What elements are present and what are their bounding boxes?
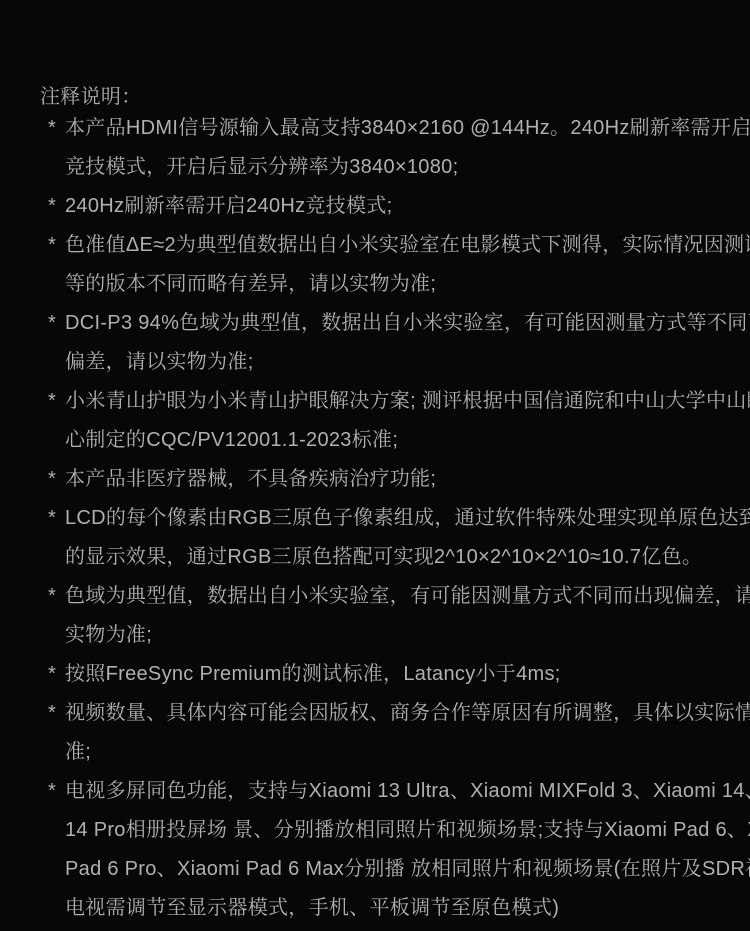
note-line: DCI-P3 94%色域为典型值，数据出自小米实验室，有可能因测量方式等不同而出… [65, 304, 720, 343]
product-notes-section: 注释说明： * 本产品HDMI信号源输入最高支持3840×2160 @144Hz… [0, 0, 750, 931]
note-line: 竞技模式，开启后显示分辨率为3840×1080; [65, 148, 720, 187]
bullet-asterisk: * [40, 694, 65, 733]
note-text: 电视多屏同色功能，支持与Xiaomi 13 Ultra、Xiaomi MIXFo… [65, 772, 720, 928]
note-item-240hz-mode: * 240Hz刷新率需开启240Hz竞技模式; [40, 187, 720, 226]
note-line: 色准值ΔE≈2为典型值数据出自小米实验室在电影模式下测得，实际情况因测试软件 [65, 226, 720, 265]
note-text: 小米青山护眼为小米青山护眼解决方案; 测评根据中国信通院和中山大学中山眼科中 心… [65, 382, 720, 460]
bullet-asterisk: * [40, 382, 65, 421]
notes-title: 注释说明： [40, 86, 720, 108]
note-line: 视频数量、具体内容可能会因版权、商务合作等原因有所调整，具体以实际情况为 [65, 694, 720, 733]
note-item-video-content: * 视频数量、具体内容可能会因版权、商务合作等原因有所调整，具体以实际情况为 准… [40, 694, 720, 772]
note-text: 色域为典型值，数据出自小米实验室，有可能因测量方式不同而出现偏差，请以 实物为准… [65, 577, 720, 655]
note-line: 色域为典型值，数据出自小米实验室，有可能因测量方式不同而出现偏差，请以 [65, 577, 720, 616]
bullet-asterisk: * [40, 499, 65, 538]
note-text: 本产品非医疗器械，不具备疾病治疗功能; [65, 460, 720, 499]
note-item-hdmi-input: * 本产品HDMI信号源输入最高支持3840×2160 @144Hz。240Hz… [40, 109, 720, 187]
note-item-gamut-typical: * 色域为典型值，数据出自小米实验室，有可能因测量方式不同而出现偏差，请以 实物… [40, 577, 720, 655]
bullet-asterisk: * [40, 655, 65, 694]
note-text: 色准值ΔE≈2为典型值数据出自小米实验室在电影模式下测得，实际情况因测试软件 等… [65, 226, 720, 304]
note-text: 按照FreeSync Premium的测试标准，Latancy小于4ms; [65, 655, 720, 694]
note-item-lcd-10bit: * LCD的每个像素由RGB三原色子像素组成，通过软件特殊处理实现单原色达到10… [40, 499, 720, 577]
bullet-asterisk: * [40, 304, 65, 343]
note-item-color-accuracy: * 色准值ΔE≈2为典型值数据出自小米实验室在电影模式下测得，实际情况因测试软件… [40, 226, 720, 304]
note-line: 小米青山护眼为小米青山护眼解决方案; 测评根据中国信通院和中山大学中山眼科中 [65, 382, 720, 421]
note-line: 240Hz刷新率需开启240Hz竞技模式; [65, 187, 720, 226]
note-line: 本产品HDMI信号源输入最高支持3840×2160 @144Hz。240Hz刷新… [65, 109, 720, 148]
bullet-asterisk: * [40, 109, 65, 148]
note-item-multi-screen-color: * 电视多屏同色功能，支持与Xiaomi 13 Ultra、Xiaomi MIX… [40, 772, 720, 928]
bullet-asterisk: * [40, 460, 65, 499]
note-line: 本产品非医疗器械，不具备疾病治疗功能; [65, 460, 720, 499]
note-line: LCD的每个像素由RGB三原色子像素组成，通过软件特殊处理实现单原色达到10bi… [65, 499, 720, 538]
bullet-asterisk: * [40, 226, 65, 265]
note-line: 14 Pro相册投屏场 景、分别播放相同照片和视频场景;支持与Xiaomi Pa… [65, 811, 720, 850]
note-item-dci-p3: * DCI-P3 94%色域为典型值，数据出自小米实验室，有可能因测量方式等不同… [40, 304, 720, 382]
note-line: 实物为准; [65, 616, 720, 655]
note-text: 240Hz刷新率需开启240Hz竞技模式; [65, 187, 720, 226]
bullet-asterisk: * [40, 187, 65, 226]
note-text: 本产品HDMI信号源输入最高支持3840×2160 @144Hz。240Hz刷新… [65, 109, 720, 187]
note-text: DCI-P3 94%色域为典型值，数据出自小米实验室，有可能因测量方式等不同而出… [65, 304, 720, 382]
note-item-eye-protection: * 小米青山护眼为小米青山护眼解决方案; 测评根据中国信通院和中山大学中山眼科中… [40, 382, 720, 460]
note-item-not-medical-device: * 本产品非医疗器械，不具备疾病治疗功能; [40, 460, 720, 499]
bullet-asterisk: * [40, 772, 65, 811]
note-text: LCD的每个像素由RGB三原色子像素组成，通过软件特殊处理实现单原色达到10bi… [65, 499, 720, 577]
note-item-freesync-latency: * 按照FreeSync Premium的测试标准，Latancy小于4ms; [40, 655, 720, 694]
note-line: 电视多屏同色功能，支持与Xiaomi 13 Ultra、Xiaomi MIXFo… [65, 772, 720, 811]
note-line: 心制定的CQC/PV12001.1-2023标准; [65, 421, 720, 460]
note-line: 的显示效果，通过RGB三原色搭配可实现2^10×2^10×2^10≈10.7亿色… [65, 538, 720, 577]
note-line: 电视需调节至显示器模式，手机、平板调节至原色模式) [65, 889, 720, 928]
bullet-asterisk: * [40, 577, 65, 616]
note-line: Pad 6 Pro、Xiaomi Pad 6 Max分别播 放相同照片和视频场景… [65, 850, 720, 889]
note-line: 准; [65, 733, 720, 772]
note-line: 按照FreeSync Premium的测试标准，Latancy小于4ms; [65, 655, 720, 694]
note-line: 偏差，请以实物为准; [65, 343, 720, 382]
note-line: 等的版本不同而略有差异，请以实物为准; [65, 265, 720, 304]
note-text: 视频数量、具体内容可能会因版权、商务合作等原因有所调整，具体以实际情况为 准; [65, 694, 720, 772]
